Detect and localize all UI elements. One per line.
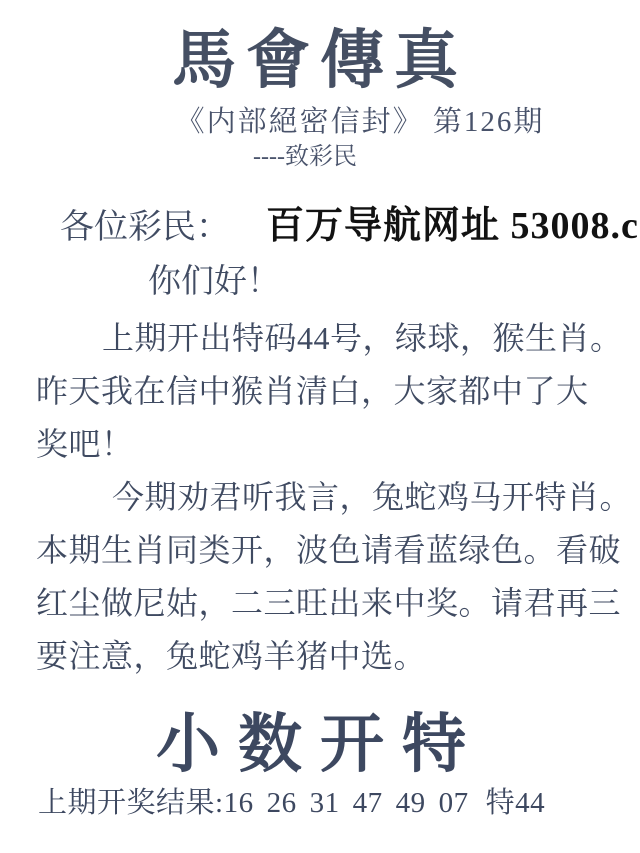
greeting-text: 你们好！ — [148, 255, 640, 302]
letter-body: 上期开出特码44号，绿球，猴生肖。 昨天我在信中猴肖清白，大家都中了大 奖吧！ … — [36, 312, 604, 683]
result-number: 47 — [353, 787, 383, 819]
prediction-headline: 小数开特 — [0, 705, 640, 785]
body-line: 今期劝君听我言，兔蛇鸡马开特肖。 — [36, 471, 604, 524]
fax-page: 馬會傳真 《内部絕密信封》 第126期 ----致彩民 各位彩民： 百万导航网址… — [0, 0, 640, 853]
result-label: 上期开奖结果: — [38, 787, 224, 819]
body-line: 上期开出特码44号，绿球，猴生肖。 — [36, 312, 604, 365]
ad-text: 百万导航网址 53008.com — [266, 194, 640, 249]
salutation-text: 各位彩民： — [60, 199, 230, 248]
body-line: 奖吧！ — [36, 418, 604, 471]
body-line: 要注意，兔蛇鸡羊猪中选。 — [36, 630, 604, 683]
result-special-number: 特44 — [486, 787, 546, 819]
dedication-line: ----致彩民 — [0, 142, 640, 172]
body-line: 本期生肖同类开，波色请看蓝绿色。看破 — [36, 524, 604, 577]
body-line: 昨天我在信中猴肖清白，大家都中了大 — [36, 365, 604, 418]
page-subtitle: 《内部絕密信封》 第126期 — [80, 102, 640, 142]
last-draw-results: 上期开奖结果:162631474907特44 — [38, 780, 545, 821]
result-number: 49 — [396, 787, 426, 819]
result-number: 31 — [310, 787, 340, 819]
body-line: 红尘做尼姑，二三旺出来中奖。请君再三 — [36, 577, 604, 630]
result-number: 16 — [224, 787, 254, 819]
salutation-row: 各位彩民： 百万导航网址 53008.com — [60, 194, 640, 249]
result-number: 26 — [267, 787, 297, 819]
page-title: 馬會傳真 — [0, 22, 640, 100]
result-number: 07 — [439, 787, 469, 819]
